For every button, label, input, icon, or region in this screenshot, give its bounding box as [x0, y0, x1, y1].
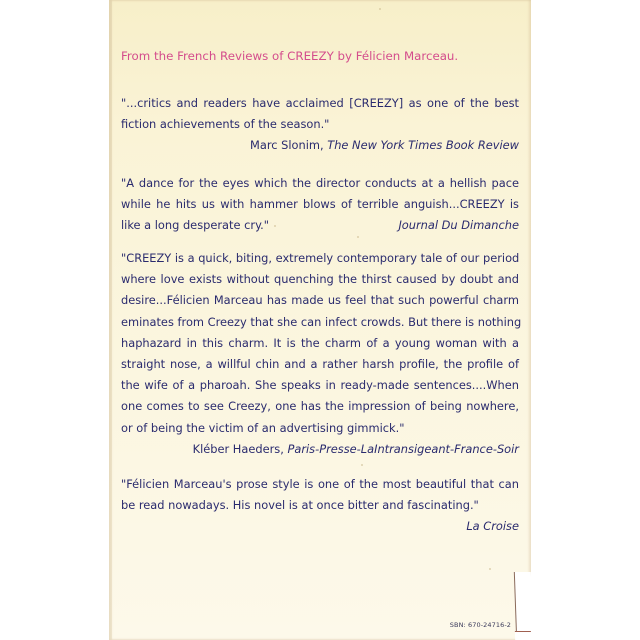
review-quote-1: "...critics and readers have acclaimed […: [121, 93, 519, 157]
quote-line: where love exists without quenching the …: [121, 269, 519, 290]
review-quote-2: "A dance for the eyes which the director…: [121, 173, 519, 237]
quote-line: like a long desperate cry.": [121, 215, 269, 236]
review-attribution: La Croise: [121, 516, 519, 537]
review-source: Paris-Presse-LaIntransigeant-France-Soir: [287, 442, 519, 456]
review-attribution: Marc Slonim, The New York Times Book Rev…: [121, 135, 519, 156]
review-source: The New York Times Book Review: [327, 138, 519, 152]
review-quote-3: "CREEZY is a quick, biting, extremely co…: [121, 248, 519, 460]
page-canvas: From the French Reviews of CREEZY by Fél…: [0, 0, 640, 640]
paper-speck: [379, 8, 381, 10]
book-back-cover: From the French Reviews of CREEZY by Fél…: [109, 0, 531, 640]
paper-speck: [274, 225, 276, 227]
quote-line: or of being the victim of an advertising…: [121, 418, 519, 439]
torn-sticker: [514, 572, 533, 640]
review-author: Marc Slonim,: [250, 138, 327, 152]
quote-line: "Félicien Marceau's prose style is one o…: [121, 474, 519, 495]
quote-line: fiction achievements of the season.": [121, 114, 519, 135]
quote-line: the wife of a pharoah. She speaks in rea…: [121, 375, 519, 396]
quote-line: "CREEZY is a quick, biting, extremely co…: [121, 248, 519, 269]
quote-line: "A dance for the eyes which the director…: [121, 173, 519, 194]
paper-speck: [357, 236, 359, 238]
quote-line: while he hits us with hammer blows of te…: [121, 194, 519, 215]
quote-line: eminates from Creezy that she can infect…: [121, 312, 519, 333]
quote-line: desire...Félicien Marceau has made us fe…: [121, 290, 519, 311]
cover-edge: [109, 0, 112, 640]
quote-line: haphazard in this charm. It is the charm…: [121, 333, 519, 354]
review-attribution: Kléber Haeders, Paris-Presse-LaIntransig…: [121, 439, 519, 460]
review-source: La Croise: [466, 519, 519, 533]
paper-speck: [361, 464, 363, 466]
paper-speck: [489, 568, 491, 570]
review-source: Journal Du Dimanche: [398, 215, 519, 236]
quote-line: be read nowadays. His novel is at once b…: [121, 495, 519, 516]
quote-line: "...critics and readers have acclaimed […: [121, 93, 519, 114]
quote-last-line-with-source: like a long desperate cry." Journal Du D…: [121, 215, 519, 236]
isbn-number: SBN: 670-24716-2: [450, 621, 511, 629]
quote-line: one comes to see Creezy, one has the imp…: [121, 396, 519, 417]
review-quote-4: "Félicien Marceau's prose style is one o…: [121, 474, 519, 538]
quote-line: straight nose, a willful chin and a rath…: [121, 354, 519, 375]
review-author: Kléber Haeders,: [193, 442, 288, 456]
reviews-heading: From the French Reviews of CREEZY by Fél…: [121, 49, 521, 63]
